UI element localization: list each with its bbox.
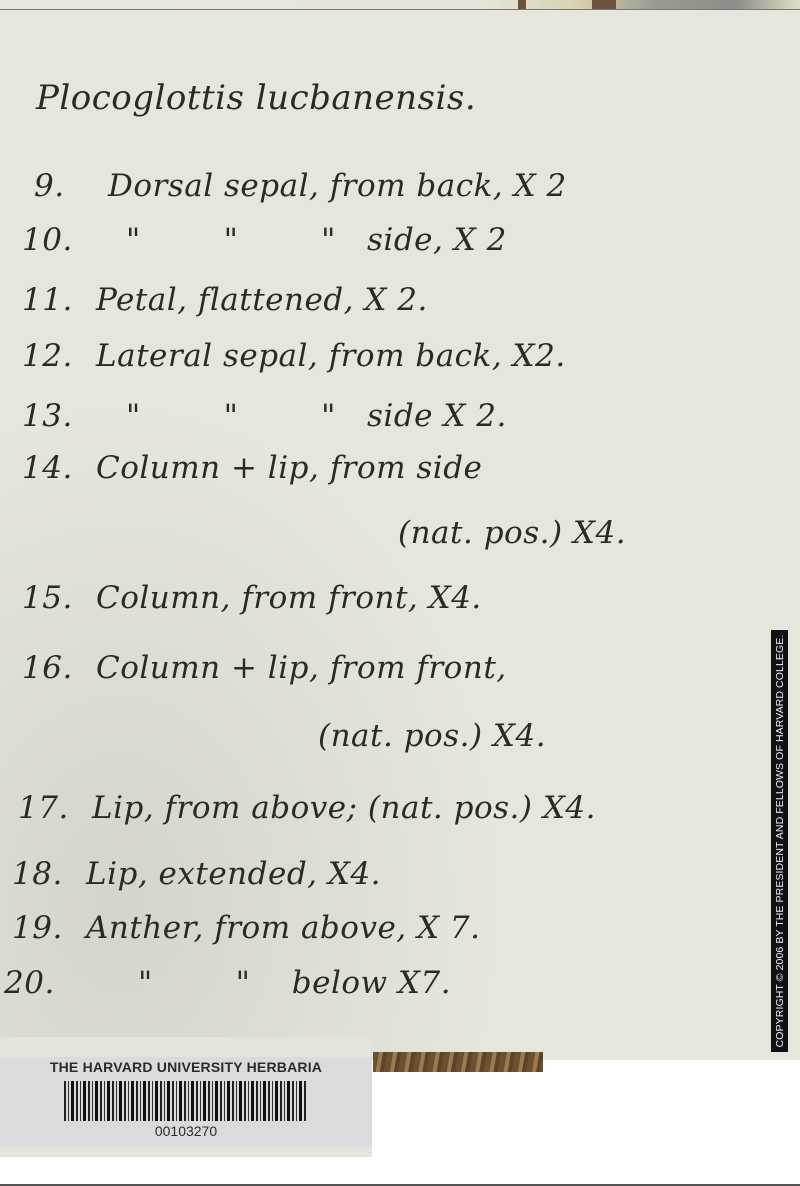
figure-line: 13." " " side X 2.: [22, 398, 507, 434]
figure-line: 9.Dorsal sepal, from back, X 2: [34, 168, 567, 204]
figure-line: 15.Column, from front, X4.: [22, 580, 482, 616]
institution-name: THE HARVARD UNIVERSITY HERBARIA: [0, 1059, 372, 1075]
figure-line: 16.Column + lip, from front,: [22, 650, 507, 686]
figure-line-continuation: (nat. pos.) X4.: [318, 718, 546, 754]
figure-line: 11.Petal, flattened, X 2.: [22, 282, 428, 318]
barcode-number: 00103270: [0, 1123, 372, 1139]
herbarium-barcode-label: THE HARVARD UNIVERSITY HERBARIA 00103270: [0, 1037, 372, 1157]
figure-line: 17.Lip, from above; (nat. pos.) X4.: [18, 790, 596, 826]
wooden-support: [373, 1052, 543, 1072]
figure-line: 10." " " side, X 2: [22, 222, 507, 258]
figure-line: 19.Anther, from above, X 7.: [12, 910, 481, 946]
figure-line: 12.Lateral sepal, from back, X2.: [22, 338, 566, 374]
copyright-text: COPYRIGHT © 2006 BY THE PRESIDENT AND FE…: [774, 635, 786, 1048]
figure-line-continuation: (nat. pos.) X4.: [398, 515, 626, 551]
figure-line: 18.Lip, extended, X4.: [12, 856, 381, 892]
figure-line: 20." " below X7.: [4, 965, 451, 1001]
species-title: Plocoglottis lucbanensis.: [36, 78, 476, 118]
copyright-strip: COPYRIGHT © 2006 BY THE PRESIDENT AND FE…: [771, 630, 788, 1052]
barcode-icon: [64, 1081, 308, 1121]
figure-line: 14.Column + lip, from side: [22, 450, 482, 486]
